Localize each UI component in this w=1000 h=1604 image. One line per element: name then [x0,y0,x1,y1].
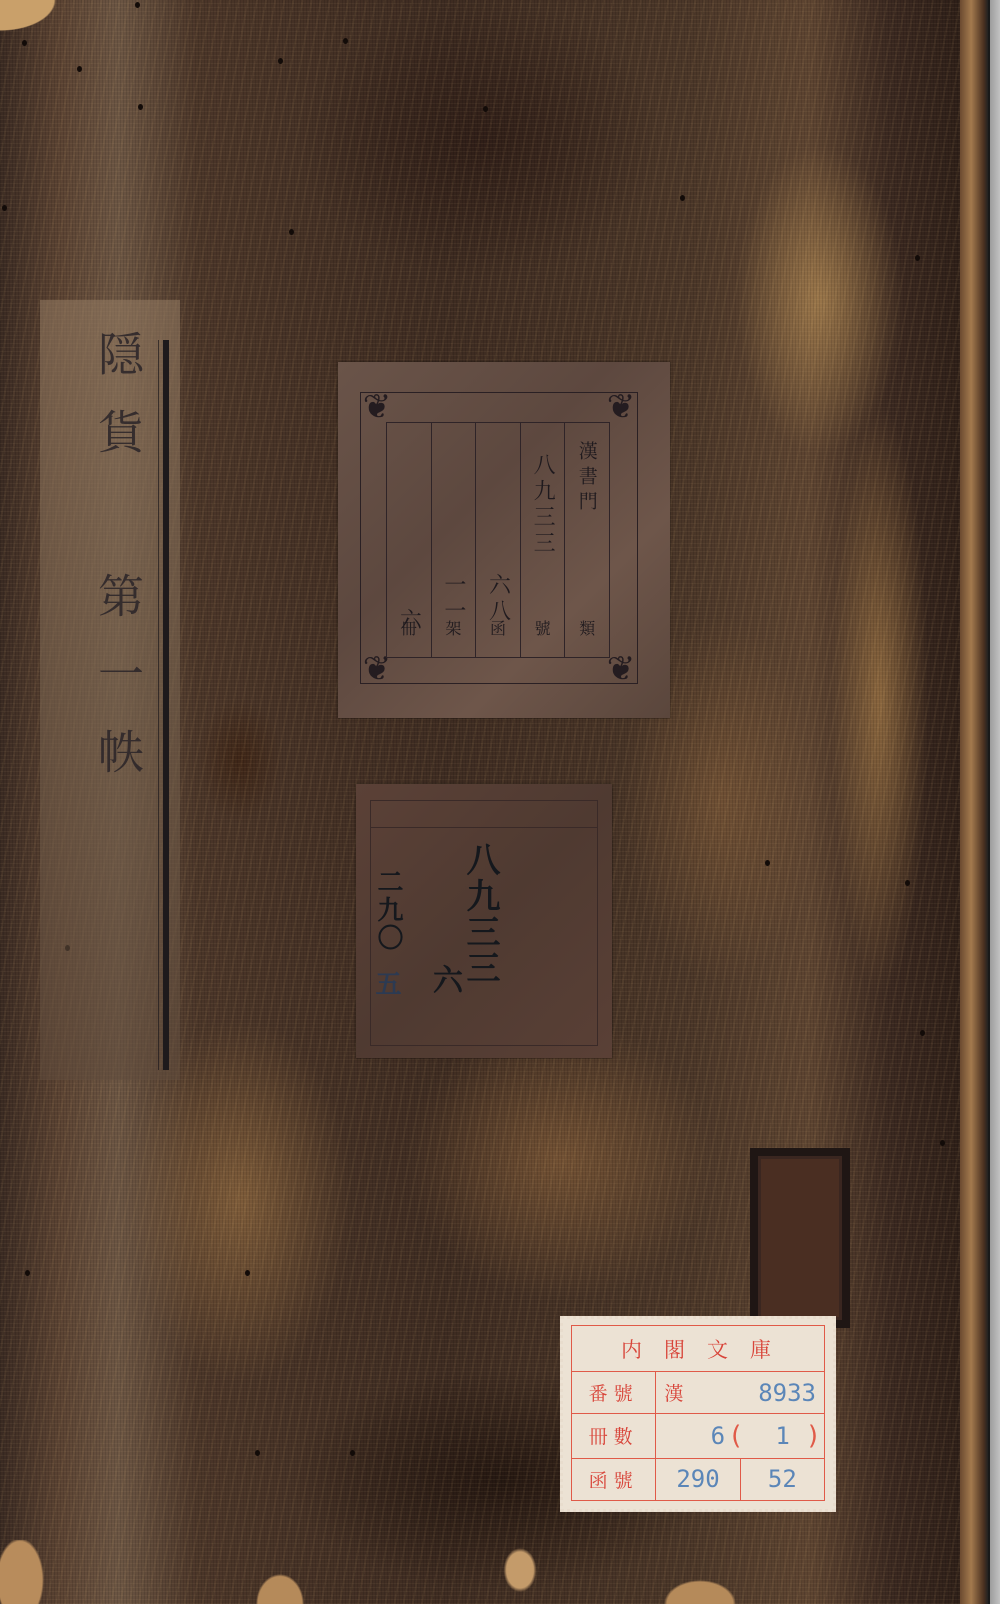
sticker-key-case: 函號 [572,1458,656,1500]
worn-bottom-edge [0,1540,988,1604]
empty-title-frame [750,1148,850,1328]
volume-count: 6 [711,1422,725,1450]
cover-right-edge [960,0,988,1604]
paren-close: ) [808,1421,818,1451]
handwritten-left: 二九〇 [370,868,407,952]
label-column-number: 八九三三 號 [520,423,565,657]
sticker-key-volumes: 冊數 [572,1414,656,1459]
sticker-prefix: 漢 [664,1383,683,1405]
number-value: 八九三三 [527,453,558,557]
sticker-header: 内閣文庫 [572,1326,825,1372]
label-header-row [370,802,598,828]
library-call-label: 八九三三 六 二九〇 五 [356,784,612,1058]
catalog-number: 8933 [758,1379,816,1407]
naikaku-bunko-sticker: 内閣文庫 番號 漢 8933 冊數 6 ( 1 ) 函號 [560,1316,836,1512]
volume-index: 1 [775,1422,789,1450]
title-slip-border-thin [158,340,159,1070]
category-key: 類 [579,616,595,639]
sticker-value-number: 漢 8933 [656,1372,825,1414]
sticker-key-number: 番號 [572,1372,656,1414]
title-slip-border [163,340,169,1070]
label-column-volumes: 六 冊 [387,423,431,657]
sticker-value-case2: 52 [740,1458,824,1500]
shelf-key: 架 [445,616,461,639]
worn-corner [0,0,90,60]
case-key: 函 [490,616,506,639]
handwritten-bottom: 五 [368,970,405,998]
paren-open: ( [731,1421,741,1451]
scan-border [988,0,1000,1604]
sticker-value-case: 290 [656,1458,740,1500]
case-number: 290 [676,1465,719,1493]
label-column-case: 六八 函 [475,423,520,657]
category-value: 漢書門 [574,441,601,516]
sticker-value-volumes: 6 ( 1 ) [656,1414,825,1459]
book-cover: 隠貨 第一帙 ❦ ❦ ❦ ❦ 漢書門 類 八九三三 號 六八 函 一一 架 [0,0,988,1604]
library-shelf-label: ❦ ❦ ❦ ❦ 漢書門 類 八九三三 號 六八 函 一一 架 六 冊 [338,362,670,718]
label-column-category: 漢書門 類 [564,423,609,657]
label-grid: 漢書門 類 八九三三 號 六八 函 一一 架 六 冊 [386,422,610,658]
number-key: 號 [535,616,551,639]
label-column-shelf: 一一 架 [431,423,476,657]
title-slip: 隠貨 第一帙 [40,300,180,1080]
handwritten-side: 六 [422,964,466,996]
volumes-key: 冊 [401,616,417,639]
case-subnumber: 52 [768,1465,797,1493]
sticker-table: 内閣文庫 番號 漢 8933 冊數 6 ( 1 ) 函號 [571,1325,825,1501]
book-title: 隠貨 第一帙 [78,330,158,806]
